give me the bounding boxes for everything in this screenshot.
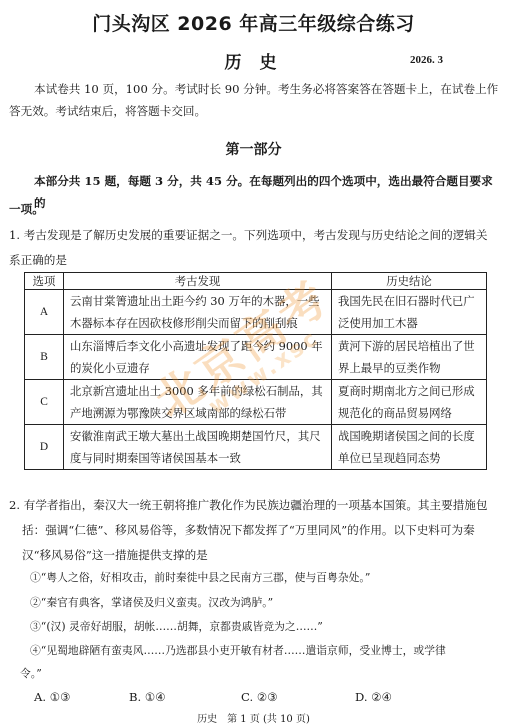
conclusion-cell: 夏商时期南北方之间已形成规范化的商品贸易网络	[332, 380, 487, 425]
table-row: C 北京新宫遗址出土 3000 多年前的绿松石制品，其产地溯源为鄂豫陕交界区域南…	[25, 380, 487, 425]
source-4-continued: 令。”	[20, 663, 42, 685]
finding-cell: 云南甘棠箐遗址出土距今约 30 万年的木器，一些木器标本存在因砍枝修形削尖而留下…	[64, 290, 332, 335]
choice-d[interactable]: D. ②④	[355, 690, 392, 704]
question-2-stem-line-3: 汉“移风易俗”这一措施提供支撑的是	[22, 544, 208, 566]
finding-cell: 北京新宫遗址出土 3000 多年前的绿松石制品，其产地溯源为鄂豫陕交界区域南部的…	[64, 380, 332, 425]
instructions-line-1: 本试卷共 10 页，100 分。考试时长 90 分钟。考生务必将答案答在答题卡上…	[34, 78, 504, 100]
option-label: C	[25, 380, 64, 425]
question-2-stem-line-1: 2. 有学者指出，秦汉大一统王朝将推广教化作为民族边疆治理的一项基本国策。其主要…	[9, 494, 504, 516]
section-description-line-1: 本部分共 15 题，每题 3 分，共 45 分。在每题列出的四个选项中，选出最符…	[34, 170, 504, 214]
header-option: 选项	[25, 273, 64, 290]
header-conclusion: 历史结论	[332, 273, 487, 290]
choice-a[interactable]: A. ①③	[34, 690, 71, 704]
section-description-line-2: 一项。	[9, 198, 44, 220]
header-finding: 考古发现	[64, 273, 332, 290]
exam-date: 2026. 3	[410, 54, 443, 66]
question-1-stem-line-1: 1. 考古发现是了解历史发展的重要证据之一。下列选项中，考古发现与历史结论之间的…	[9, 224, 504, 246]
exam-page: 门头沟区 2026 年高三年级综合练习 历 史 2026. 3 本试卷共 10 …	[0, 0, 507, 727]
source-1: ①“粤人之俗，好相攻击，前时秦徙中县之民南方三郡，使与百粤杂处。”	[30, 567, 370, 589]
instructions-line-2: 答无效。考试结束后，将答题卡交回。	[9, 100, 499, 122]
question-2-stem-line-2: 括：强调“仁德”、移风易俗等，多数情况下都发挥了“万里同风”的作用。以下史料可为…	[22, 519, 504, 541]
question-1-table: 选项 考古发现 历史结论 A 云南甘棠箐遗址出土距今约 30 万年的木器，一些木…	[24, 272, 487, 470]
table-row: A 云南甘棠箐遗址出土距今约 30 万年的木器，一些木器标本存在因砍枝修形削尖而…	[25, 290, 487, 335]
choice-c[interactable]: C. ②③	[241, 690, 278, 704]
conclusion-cell: 黄河下游的居民培植出了世界上最早的豆类作物	[332, 335, 487, 380]
page-footer: 历史 第 1 页 (共 10 页)	[0, 710, 507, 725]
table-row: D 安徽淮南武王墩大墓出土战国晚期楚国竹尺，其尺度与同时期秦国等诸侯国基本一致 …	[25, 425, 487, 470]
source-2: ②“秦官有典客，掌诸侯及归义蛮夷。汉改为鸿胪。”	[30, 592, 273, 614]
choice-b[interactable]: B. ①④	[129, 690, 166, 704]
table-header-row: 选项 考古发现 历史结论	[25, 273, 487, 290]
finding-cell: 安徽淮南武王墩大墓出土战国晚期楚国竹尺，其尺度与同时期秦国等诸侯国基本一致	[64, 425, 332, 470]
question-1-stem-line-2: 系正确的是	[9, 249, 67, 271]
table-row: B 山东淄博后李文化小高遗址发现了距今约 9000 年的炭化小豆遗存 黄河下游的…	[25, 335, 487, 380]
option-label: B	[25, 335, 64, 380]
exam-title: 门头沟区 2026 年高三年级综合练习	[0, 9, 507, 36]
source-3: ③“(汉) 灵帝好胡服，胡帐……胡舞，京都贵戚皆竞为之……”	[30, 616, 323, 638]
option-label: D	[25, 425, 64, 470]
option-label: A	[25, 290, 64, 335]
conclusion-cell: 战国晚期诸侯国之间的长度单位已呈现趋同态势	[332, 425, 487, 470]
section-title: 第一部分	[0, 139, 507, 159]
conclusion-cell: 我国先民在旧石器时代已广泛使用加工木器	[332, 290, 487, 335]
source-4: ④“见蜀地辟陋有蛮夷风……乃选郡县小吏开敏有材者……遣诣京师，受业博士，或学律	[30, 640, 505, 662]
finding-cell: 山东淄博后李文化小高遗址发现了距今约 9000 年的炭化小豆遗存	[64, 335, 332, 380]
